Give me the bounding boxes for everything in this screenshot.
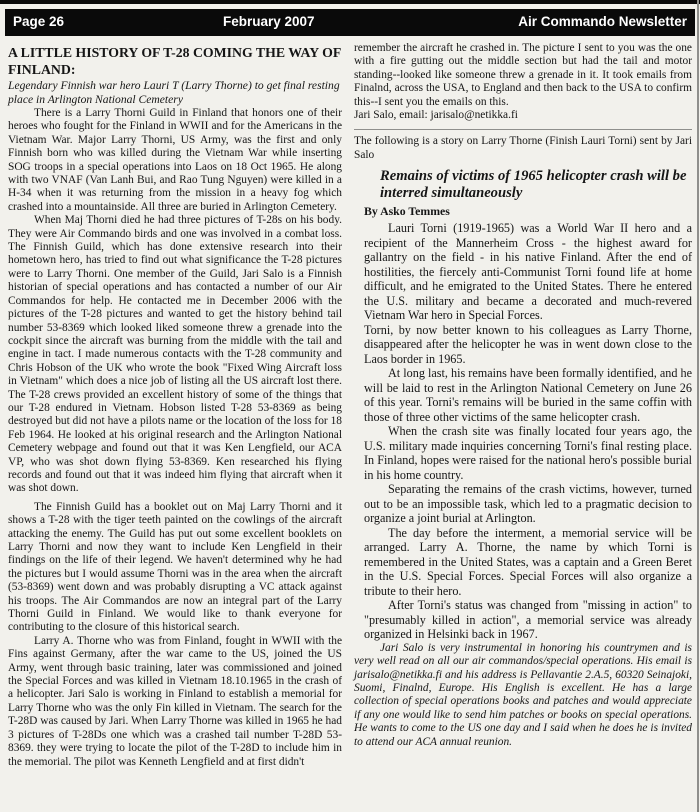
contact-email-line: Jari Salo, email: jarisalo@netikka.fi: [354, 109, 692, 122]
page-number-label: Page 26: [13, 14, 64, 29]
story-paragraph: Separating the remains of the crash vict…: [364, 482, 692, 526]
article-paragraph: When Maj Thorni died he had three pictur…: [8, 214, 342, 496]
story-paragraph: At long last, his remains have been form…: [364, 366, 692, 424]
right-edge-rule: [697, 0, 699, 812]
right-column: remember the aircraft he crashed in. The…: [354, 42, 692, 769]
newsletter-title-label: Air Commando Newsletter: [518, 14, 687, 29]
editor-closing-note: Jari Salo is very instrumental in honori…: [354, 642, 692, 749]
story-paragraph: When the crash site was finally located …: [364, 424, 692, 482]
story-paragraph: After Torni's status was changed from "m…: [364, 598, 692, 642]
issue-date-label: February 2007: [223, 14, 315, 29]
story-headline: Remains of victims of 1965 helicopter cr…: [364, 168, 692, 202]
story-byline: By Asko Temmes: [364, 204, 692, 218]
article-title: A LITTLE HISTORY OF T-28 COMING THE WAY …: [8, 44, 342, 78]
story-paragraph: Torni, by now better known to his collea…: [364, 323, 692, 367]
header-bar: Page 26 February 2007 Air Commando Newsl…: [5, 9, 695, 36]
story-block: Remains of victims of 1965 helicopter cr…: [354, 168, 692, 642]
left-column: A LITTLE HISTORY OF T-28 COMING THE WAY …: [8, 42, 342, 769]
article-subtitle: Legendary Finnish war hero Lauri T (Larr…: [8, 79, 342, 106]
article-paragraph: Larry A. Thorne who was from Finland, fo…: [8, 635, 342, 769]
two-column-layout: A LITTLE HISTORY OF T-28 COMING THE WAY …: [8, 42, 692, 769]
article-paragraph: There is a Larry Thorni Guild in Finland…: [8, 107, 342, 214]
story-paragraph: Lauri Torni (1919-1965) was a World War …: [364, 221, 692, 323]
story-paragraph: The day before the interment, a memorial…: [364, 526, 692, 599]
top-border-rule: [0, 0, 700, 4]
newsletter-page: Page 26 February 2007 Air Commando Newsl…: [0, 0, 700, 812]
article-paragraph-continued: remember the aircraft he crashed in. The…: [354, 42, 692, 109]
article-paragraph: The Finnish Guild has a booklet out on M…: [8, 501, 342, 635]
story-intro-line: The following is a story on Larry Thorne…: [354, 135, 692, 162]
section-divider-rule: [354, 129, 692, 130]
